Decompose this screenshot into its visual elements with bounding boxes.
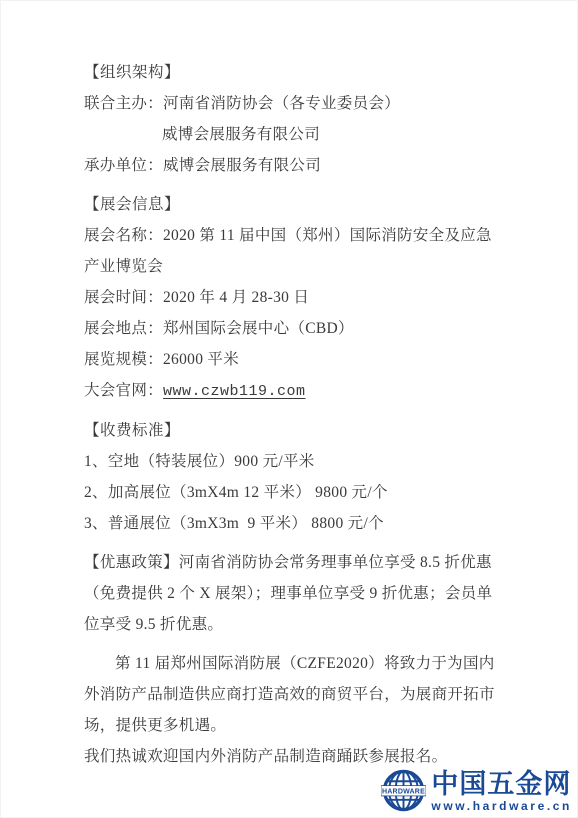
globe-banner-text: HARDWARE [382,789,425,796]
doc-line: 威博会展服务有限公司 [84,119,508,150]
doc-line: 承办单位：威博会展服务有限公司 [84,150,508,181]
doc-line: 展会地点：郑州国际会展中心（CBD） [84,313,508,344]
doc-line: 【优惠政策】河南省消防协会常务理事单位享受 8.5 折优惠 [84,547,508,578]
hardware-watermark-logo: HARDWARE 中国五金网 www.hardware.cn [381,769,572,814]
doc-line: 联合主办：河南省消防协会（各专业委员会） [84,88,508,119]
doc-line: 场，提供更多机遇。 [84,710,508,741]
doc-line: 1、空地（特装展位）900 元/平米 [84,446,508,477]
doc-line: 第 11 届郑州国际消防展（CZFE2020）将致力于为国内 [84,648,508,679]
logo-text-block: 中国五金网 www.hardware.cn [431,771,572,813]
doc-body: 【组织架构】联合主办：河南省消防协会（各专业委员会）威博会展服务有限公司承办单位… [84,57,508,772]
doc-line: 我们热诚欢迎国内外消防产品制造商踊跃参展报名。 [84,741,508,772]
doc-line: 位享受 9.5 折优惠。 [84,609,508,640]
globe-icon: HARDWARE [381,769,426,814]
section-heading: 【组织架构】 [84,57,508,88]
doc-line: 展会名称：2020 第 11 届中国（郑州）国际消防安全及应急 [84,220,508,251]
doc-line: 2、加高展位（3mX4m 12 平米） 9800 元/个 [84,477,508,508]
doc-line: 大会官网：www.czwb119.com [84,375,508,407]
section-heading: 【展会信息】 [84,189,508,220]
doc-line: 外消防产品制造供应商打造高效的商贸平台，为展商开拓市 [84,679,508,710]
doc-label: 大会官网： [84,382,163,399]
logo-site-url: www.hardware.cn [431,799,572,813]
doc-line: 展览规模：26000 平米 [84,344,508,375]
logo-site-name: 中国五金网 [431,771,571,798]
doc-line: 展会时间：2020 年 4 月 28-30 日 [84,282,508,313]
doc-line: 3、普通展位（3mX3m 9 平米） 8800 元/个 [84,508,508,539]
doc-line: 产业博览会 [84,251,508,282]
document-page: 【组织架构】联合主办：河南省消防协会（各专业委员会）威博会展服务有限公司承办单位… [0,0,578,818]
website-link[interactable]: www.czwb119.com [163,383,306,400]
section-heading: 【收费标准】 [84,415,508,446]
doc-line: （免费提供 2 个 X 展架）；理事单位享受 9 折优惠；会员单 [84,578,508,609]
